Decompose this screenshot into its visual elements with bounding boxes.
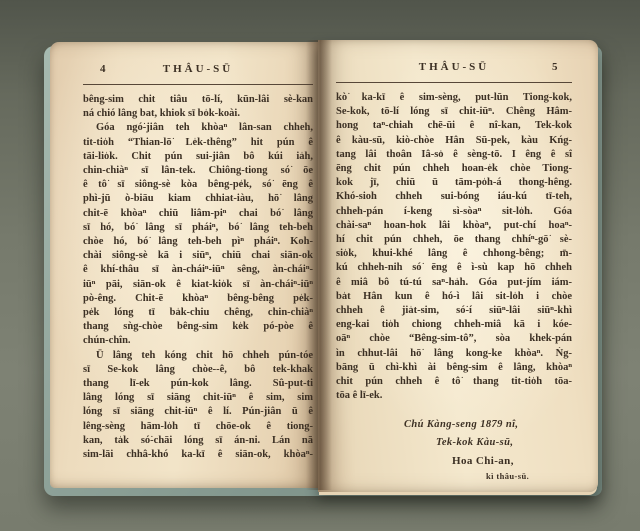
photo-background: { "colors": { "background": "#767a6c", "…: [0, 0, 640, 531]
right-running-title: THÂU-SŪ: [336, 60, 572, 74]
text-line: chún-chîn.: [83, 334, 313, 348]
text-line: kì thâu-sū.: [486, 470, 572, 483]
left-running-title: THÂU-SŪ: [83, 62, 313, 76]
text-line: chòe hó, bó͘ lâng teh-beh pìⁿ pháiⁿ. Koh…: [83, 235, 313, 249]
text-line: tāi-lio̍k. Chit pún sui-jiân bô kúi ia̍h…: [83, 150, 313, 164]
text-line: thang lī-ek pún-kok lâng. Sû-put-ti: [83, 377, 313, 391]
text-line: hong taⁿ-chiah chē-ūi ê nî-kan, Tek-kok: [336, 119, 572, 133]
text-line: tang lâi thoân Iâ-so͘ ê sèng-tō. I êng ê…: [336, 148, 572, 162]
text-line: hí chit pún chheh, ōe thang chhíⁿ-gō͘ sè…: [336, 233, 572, 247]
text-line: ná chió lâng bat, khiok sī bo̍k-koài.: [83, 107, 313, 121]
text-line: chit pún chheh ê tô͘ thang tit-tio̍h tōa…: [336, 375, 572, 389]
left-page-body: bêng-sim chit tiâu tō-lí, kūn-lâi sè-kan…: [83, 93, 313, 462]
text-line: tit-tio̍h “Thian-lō͘ Le̍k-thêng” hit pún…: [83, 136, 313, 150]
text-line: chài siông-sè kā i siūⁿ, chiū chai siān-…: [83, 249, 313, 263]
text-line: ê khí-thâu sī àn-cháiⁿ-iūⁿ sêng, àn-chái…: [83, 263, 313, 277]
text-line: ê tô͘ sī siông-sè kòa bêng-pe̍k, só͘ ēng…: [83, 178, 313, 192]
text-line: lêng-sèng hām-lo̍h tī chōe-ok ê tiong-: [83, 420, 313, 434]
text-line: ēng chit pún chheh hoan-e̍k chòe Tiong-: [336, 162, 572, 176]
text-line: iūⁿ pāi, siān-ok ê kiat-kio̍k sī àn-chái…: [83, 278, 313, 292]
right-page-body: kò͘ ka-kī ê sim-sèng, put-lūn Tiong-kok,…: [336, 91, 572, 403]
text-line: Chú Kàng-seng 1879 nî,: [404, 416, 572, 434]
left-page: 4 THÂU-SŪ bêng-sim chit tiâu tō-lí, kūn-…: [50, 42, 318, 488]
text-line: ê miâ bô tú-tú saⁿ-ha̍h. Góa put-jím iám…: [336, 276, 572, 290]
text-line: chit-ē khòaⁿ chiū liâm-piⁿ chai bó͘ lâng: [83, 207, 313, 221]
text-line: sī hó, bó͘ lâng sī pháiⁿ, bó͘ lâng teh-b…: [83, 221, 313, 235]
text-line: pò-êng. Chit-ē khòaⁿ bêng-bêng pe̍k-: [83, 292, 313, 306]
colophon: Chú Kàng-seng 1879 nî,Tek-kok Kàu-sū,Hoa…: [336, 416, 572, 483]
right-page-header: THÂU-SŪ 5: [336, 60, 572, 76]
text-line: Tek-kok Kàu-sū,: [436, 434, 572, 452]
open-book-photo: 4 THÂU-SŪ bêng-sim chit tiâu tō-lí, kūn-…: [0, 0, 640, 531]
text-line: eng-kai tio̍h chiong chheh-miâ kā i kóe-: [336, 318, 572, 332]
text-line: tōa ê lī-ek.: [336, 389, 572, 403]
right-page-number: 5: [552, 60, 558, 74]
right-header-rule: [336, 82, 572, 83]
text-line: thang sǹg-chòe bêng-sim ke̍k pó-pòe ê: [83, 320, 313, 334]
text-line: sio̍k, khui-khé lâng ê chhong-bêng; m̄-: [336, 247, 572, 261]
text-line: Hoa Chi-an,: [452, 452, 572, 470]
text-line: lâng lóng sī siāng chit-iūⁿ ê sim, sim: [83, 391, 313, 405]
text-line: chài-saⁿ hoan-hok lâi khòaⁿ, put-chí hoa…: [336, 219, 572, 233]
text-line: ê kàu-sū, kiò-chòe Hân Sū-pek, kàu Kńg-: [336, 134, 572, 148]
text-line: ba̍t Hân kun ê hó-ì lâi sit-lo̍h i chòe: [336, 290, 572, 304]
text-line: kú chheh-nih só͘ ēng ê ì-sù kap hō chheh: [336, 261, 572, 275]
text-line: chheh-pán í-keng sì-sòaⁿ sit-lo̍h. Góa: [336, 205, 572, 219]
text-line: sī Se-kok lâng chòe--ê, bô tek-khak: [83, 363, 313, 377]
text-line: phì-jū ò-biāu kiam chhiat-iàu, hō͘ lâng: [83, 192, 313, 206]
text-line: chheh ê jia̍t-sim, só͘-í siūⁿ-lâi siūⁿ-k…: [336, 304, 572, 318]
text-line: kan, ta̍k só͘-chāi lóng sī án-ni. Lán nā: [83, 434, 313, 448]
text-line: bêng-sim chit tiâu tō-lí, kūn-lâi sè-kan: [83, 93, 313, 107]
text-line: Ū lâng teh kóng chit hō chheh pún-tóe: [83, 349, 313, 363]
text-line: bāng ū chì-khì ài bêng-sim ê lâng, khòaⁿ: [336, 361, 572, 375]
text-line: lóng sī siāng chit-iūⁿ ê lí. Pún-jiân ū …: [83, 405, 313, 419]
text-line: Góa ngó͘-jiân teh khòaⁿ lân-san chheh,: [83, 121, 313, 135]
text-line: ìn chhut-lâi hō͘ lâng kong-ke khòaⁿ. Ǹg-: [336, 347, 572, 361]
right-page: THÂU-SŪ 5 kò͘ ka-kī ê sim-sèng, put-lūn …: [318, 40, 598, 492]
text-line: Khó-sioh chheh sui-bóng iáu-kú tī-teh,: [336, 190, 572, 204]
text-line: kò͘ ka-kī ê sim-sèng, put-lūn Tiong-kok,: [336, 91, 572, 105]
text-line: chin-chiàⁿ sī lân-tek. Chiông-tiong só͘ …: [83, 164, 313, 178]
text-line: pe̍k lóng tī ba̍k-chiu chêng, chin-chiàⁿ: [83, 306, 313, 320]
left-header-rule: [83, 84, 313, 85]
text-line: Se-kok, tō-lí lóng sī chit-iūⁿ. Chêng Hâ…: [336, 105, 572, 119]
text-line: oāⁿ chòe “Bêng-sim-tô͘”, sòa khek-pán: [336, 332, 572, 346]
text-line: kok jī, chiū ū tām-po̍h-á thong-hêng.: [336, 176, 572, 190]
left-page-header: 4 THÂU-SŪ: [83, 62, 313, 78]
text-line: sim-lāi chhâ-khó ka-kī ê siān-ok, khòaⁿ-: [83, 448, 313, 462]
left-page-number: 4: [100, 62, 106, 76]
